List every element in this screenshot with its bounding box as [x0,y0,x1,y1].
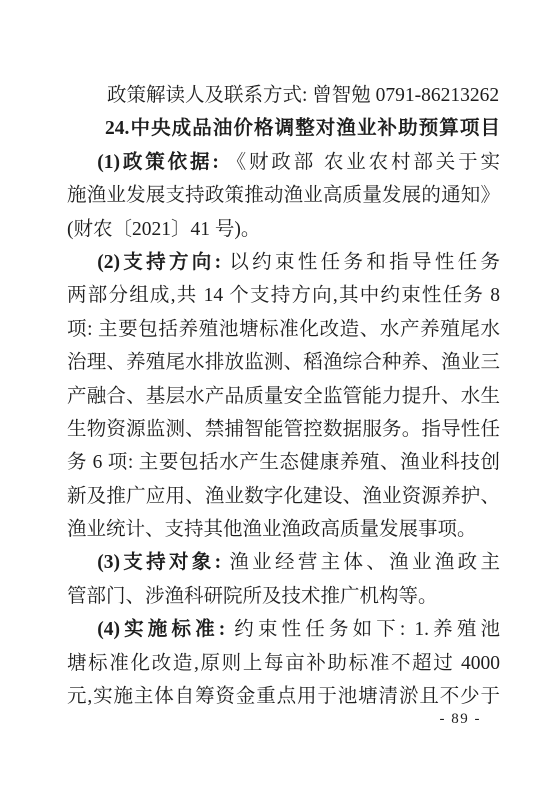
text-line: 项: 主要包括养殖池塘标准化改造、水产养殖尾水 [67,313,500,346]
text-run: 新及推广应用、渔业数字化建设、渔业资源养护、 [67,486,500,507]
text-run: 施渔业发展支持政策推动渔业高质量发展的通知》 [67,185,500,206]
text-line: 生物资源监测、禁捕智能管控数据服务。指导性任 [67,413,500,446]
text-line: 管部门、涉渔科研院所及技术推广机构等。 [67,580,500,613]
text-line: 务 6 项: 主要包括水产生态健康养殖、渔业科技创 [67,446,500,479]
text-run: 项: 主要包括养殖池塘标准化改造、水产养殖尾水 [67,319,500,340]
text-line: (1)政策依据: 《财政部 农业农村部关于实 [67,146,500,179]
text-line: 两部分组成,共 14 个支持方向,其中约束性任务 8 [67,279,500,312]
text-run: 务 6 项: 主要包括水产生态健康养殖、渔业科技创 [67,452,500,473]
text-line: 政策解读人及联系方式: 曾智勉 0791-86213262 [67,79,500,112]
text-run: 塘标准化改造,原则上每亩补助标准不超过 4000 [67,653,500,674]
text-run: 管部门、涉渔科研院所及技术推广机构等。 [67,586,438,607]
text-run: 两部分组成,共 14 个支持方向,其中约束性任务 8 [67,285,500,306]
text-line: (4)实施标准: 约束性任务如下: 1.养殖池 [67,613,500,646]
text-line: 24.中央成品油价格调整对渔业补助预算项目 [67,112,500,145]
text-line: 渔业统计、支持其他渔业渔政高质量发展事项。 [67,513,500,546]
text-run: 产融合、基层水产品质量安全监管能力提升、水生 [67,386,500,407]
text-run: 生物资源监测、禁捕智能管控数据服务。指导性任 [67,419,500,440]
text-run: 渔业统计、支持其他渔业渔政高质量发展事项。 [67,519,477,540]
text-run: 治理、养殖尾水排放监测、稻渔综合种养、渔业三 [67,352,500,373]
text-run: (财农〔2021〕41 号)。 [67,219,260,240]
bold-text-run: 24.中央成品油价格调整对渔业补助预算项目 [105,118,500,139]
bold-text-run: (2)支持方向: [97,252,221,273]
bold-text-run: (4)实施标准: [97,619,225,640]
text-run: 元,实施主体自筹资金重点用于池塘清淤且不少于 [67,686,500,707]
text-line: 治理、养殖尾水排放监测、稻渔综合种养、渔业三 [67,346,500,379]
text-run: 政策解读人及联系方式: 曾智勉 0791-86213262 [107,85,499,106]
text-line: 产融合、基层水产品质量安全监管能力提升、水生 [67,380,500,413]
bold-text-run: (3)支持对象: [97,552,221,573]
page-number: - 89 - [440,711,482,728]
text-run: 约束性任务如下: 1.养殖池 [225,619,500,640]
text-line: 施渔业发展支持政策推动渔业高质量发展的通知》 [67,179,500,212]
text-line: 塘标准化改造,原则上每亩补助标准不超过 4000 [67,647,500,680]
text-run: 以约束性任务和指导性任务 [221,252,500,273]
text-run: 《财政部 农业农村部关于实 [219,152,500,173]
document-body: 政策解读人及联系方式: 曾智勉 0791-8621326224.中央成品油价格调… [67,79,500,713]
text-line: (2)支持方向: 以约束性任务和指导性任务 [67,246,500,279]
text-line: (3)支持对象: 渔业经营主体、渔业渔政主 [67,546,500,579]
text-line: 新及推广应用、渔业数字化建设、渔业资源养护、 [67,480,500,513]
text-run: 渔业经营主体、渔业渔政主 [221,552,500,573]
text-line: 元,实施主体自筹资金重点用于池塘清淤且不少于 [67,680,500,713]
text-line: (财农〔2021〕41 号)。 [67,213,500,246]
bold-text-run: (1)政策依据: [97,152,219,173]
document-page: 政策解读人及联系方式: 曾智勉 0791-8621326224.中央成品油价格调… [0,0,559,793]
